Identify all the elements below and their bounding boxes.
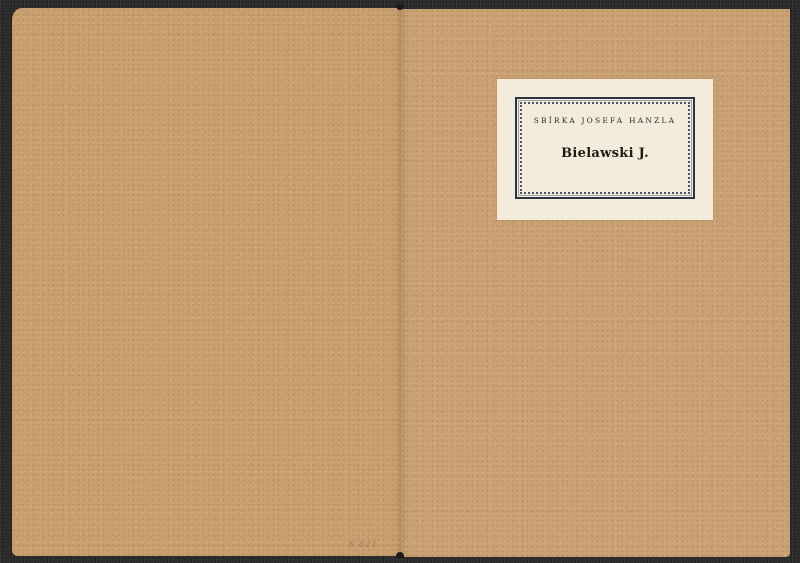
- spine-notch-bottom: [396, 552, 404, 558]
- spine-fold: [400, 8, 402, 556]
- book-spread: K 621 SBÍRKA JOSEFA HANZLA Bielawski J.: [0, 0, 800, 563]
- collection-title: SBÍRKA JOSEFA HANZLA: [517, 116, 693, 125]
- left-page: [12, 8, 401, 556]
- ornamental-frame: SBÍRKA JOSEFA HANZLA Bielawski J.: [515, 97, 695, 199]
- bookplate-label: SBÍRKA JOSEFA HANZLA Bielawski J.: [497, 79, 713, 220]
- pencil-inventory-mark: K 621: [349, 540, 377, 550]
- owner-name: Bielawski J.: [517, 146, 693, 161]
